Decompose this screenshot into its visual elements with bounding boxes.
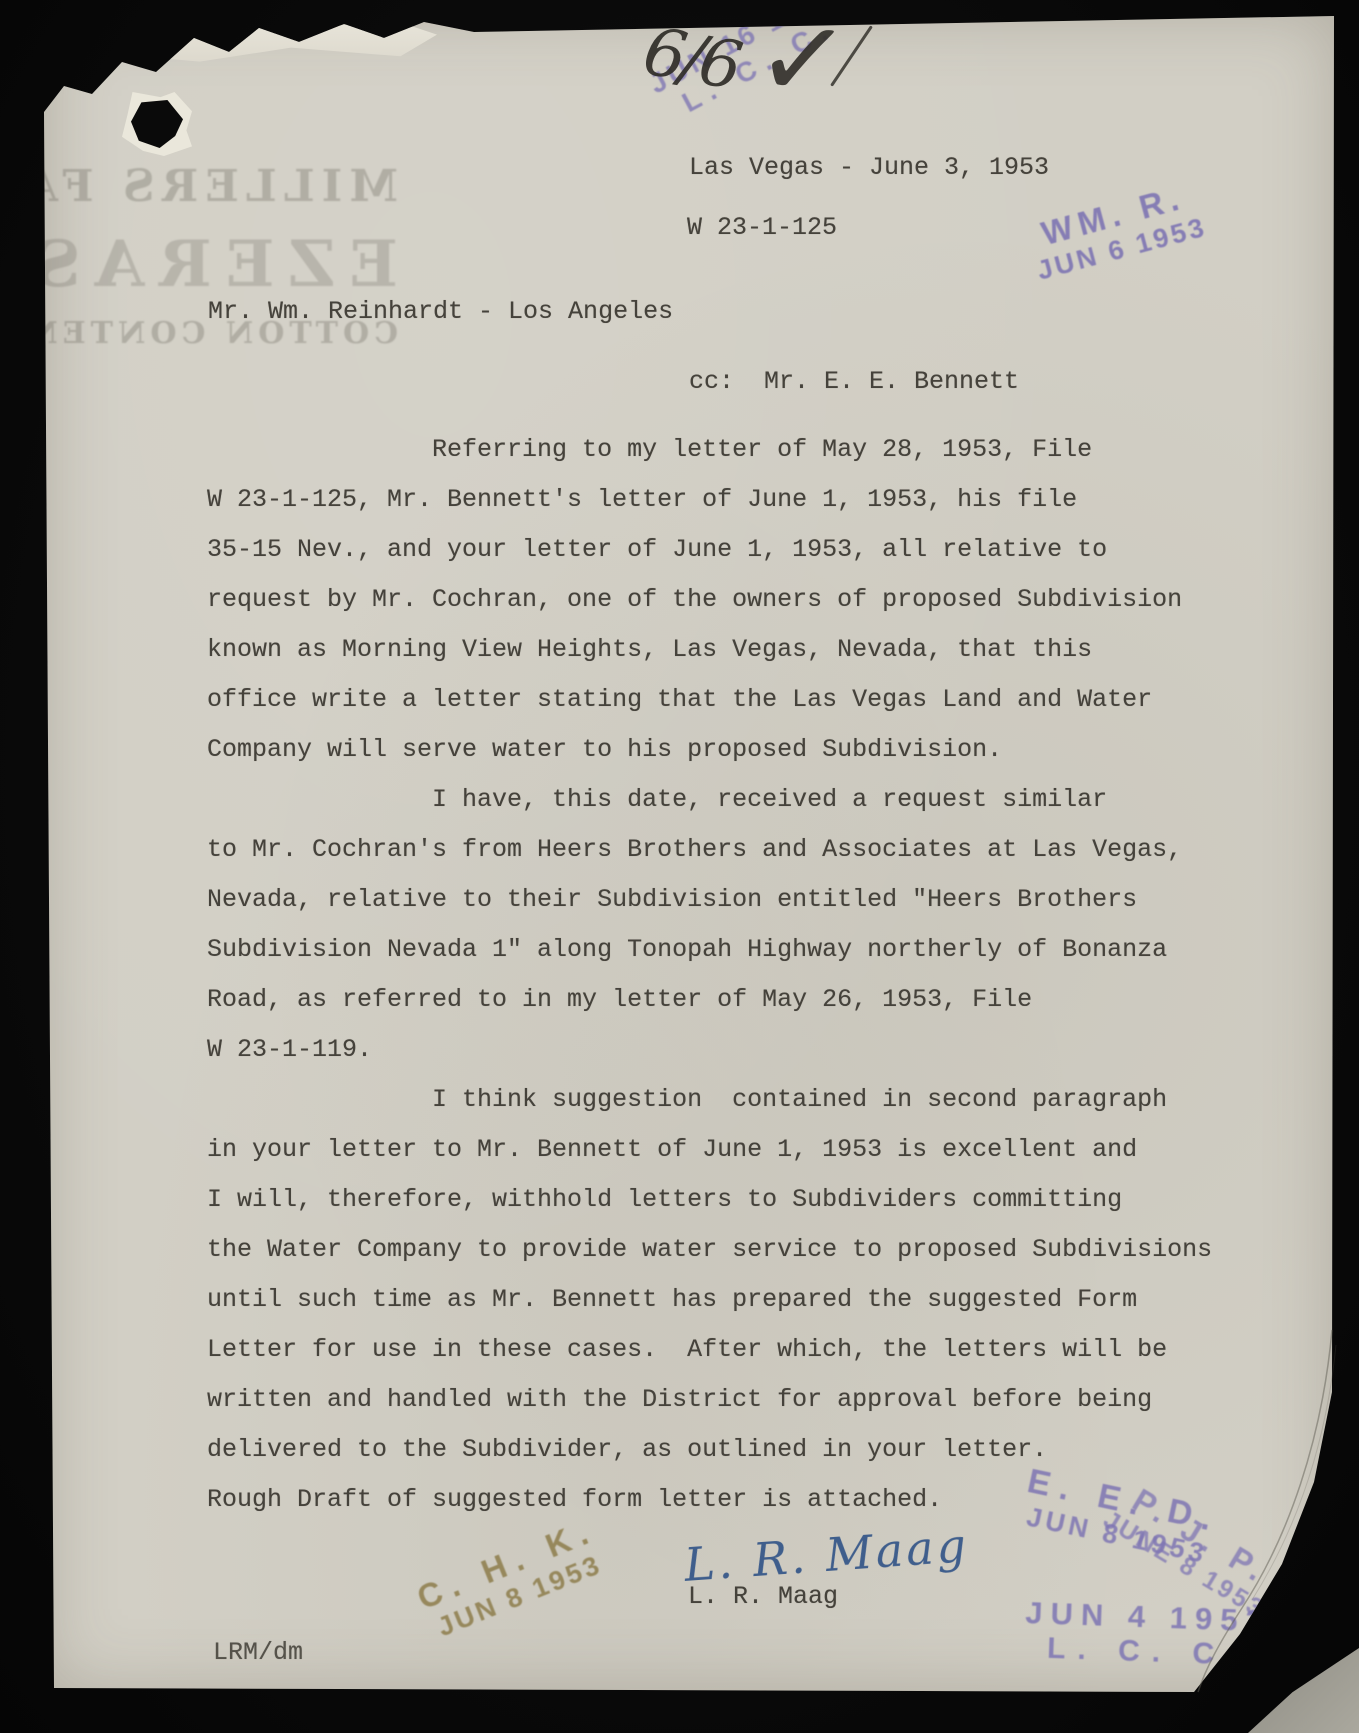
body-line: to Mr. Cochran's from Heers Brothers and… <box>207 825 1212 875</box>
body-line: Referring to my letter of May 28, 1953, … <box>207 425 1212 475</box>
body-line: W 23-1-119. <box>207 1025 1212 1075</box>
body-line: 35-15 Nev., and your letter of June 1, 1… <box>207 525 1212 575</box>
body-line: the Water Company to provide water servi… <box>207 1225 1212 1275</box>
addressee-line: Mr. Wm. Reinhardt - Los Angeles <box>208 297 673 326</box>
body-line: Company will serve water to his proposed… <box>207 725 1212 775</box>
received-stamp-bottom-org: L. C. C. <box>1024 1631 1270 1674</box>
body-line: request by Mr. Cochran, one of the owner… <box>207 575 1212 625</box>
watermark-line-2: EZERASE <box>0 222 398 308</box>
body-line: Nevada, relative to their Subdivision en… <box>207 875 1212 925</box>
body-line: in your letter to Mr. Bennett of June 1,… <box>207 1125 1212 1175</box>
punch-hole <box>131 100 183 148</box>
handwritten-mark: 6/6 <box>638 12 744 104</box>
signature-script: L. R. Maag <box>682 1518 970 1592</box>
cc-line: cc: Mr. E. E. Bennett <box>689 367 1019 396</box>
body-line: office write a letter stating that the L… <box>207 675 1212 725</box>
chk-stamp: C. H. K. JUN 8 1953 <box>412 1511 613 1646</box>
body-line: I have, this date, received a request si… <box>207 775 1212 825</box>
torn-corner-flap <box>72 12 437 66</box>
body-line: known as Morning View Heights, Las Vegas… <box>207 625 1212 675</box>
watermark-bleedthrough: MILLERS FALLS EZERASE COTTON CONTENT <box>0 152 398 360</box>
punch-hole-rim <box>122 92 192 156</box>
checkmark-icon: ✓ <box>750 0 855 121</box>
dateline: Las Vegas - June 3, 1953 <box>689 153 1049 182</box>
body-line: Letter for use in these cases. After whi… <box>207 1325 1212 1375</box>
body-line: Road, as referred to in my letter of May… <box>207 975 1212 1025</box>
letter-body: Referring to my letter of May 28, 1953, … <box>207 425 1212 1525</box>
signed-name-typed: L. R. Maag <box>688 1582 838 1611</box>
scanned-letter-page: MILLERS FALLS EZERASE COTTON CONTENT JUN… <box>0 0 1359 1733</box>
body-line: written and handled with the District fo… <box>207 1375 1212 1425</box>
body-line: until such time as Mr. Bennett has prepa… <box>207 1275 1212 1325</box>
under-sheet-corner <box>1248 1648 1359 1733</box>
body-line: W 23-1-125, Mr. Bennett's letter of June… <box>207 475 1212 525</box>
body-line: I will, therefore, withhold letters to S… <box>207 1175 1212 1225</box>
watermark-line-1: MILLERS FALLS <box>0 152 398 222</box>
received-stamp-bottom: JUN 4 1953 L. C. C. <box>1024 1595 1272 1674</box>
body-line: I think suggestion contained in second p… <box>207 1075 1212 1125</box>
typist-initials: LRM/dm <box>213 1638 303 1667</box>
file-number: W 23-1-125 <box>687 213 837 242</box>
wm-r-stamp: WM. R. JUN 6 1953 <box>1024 175 1210 287</box>
body-line: Subdivision Nevada 1" along Tonopah High… <box>207 925 1212 975</box>
paper: MILLERS FALLS EZERASE COTTON CONTENT JUN… <box>44 12 1336 1693</box>
